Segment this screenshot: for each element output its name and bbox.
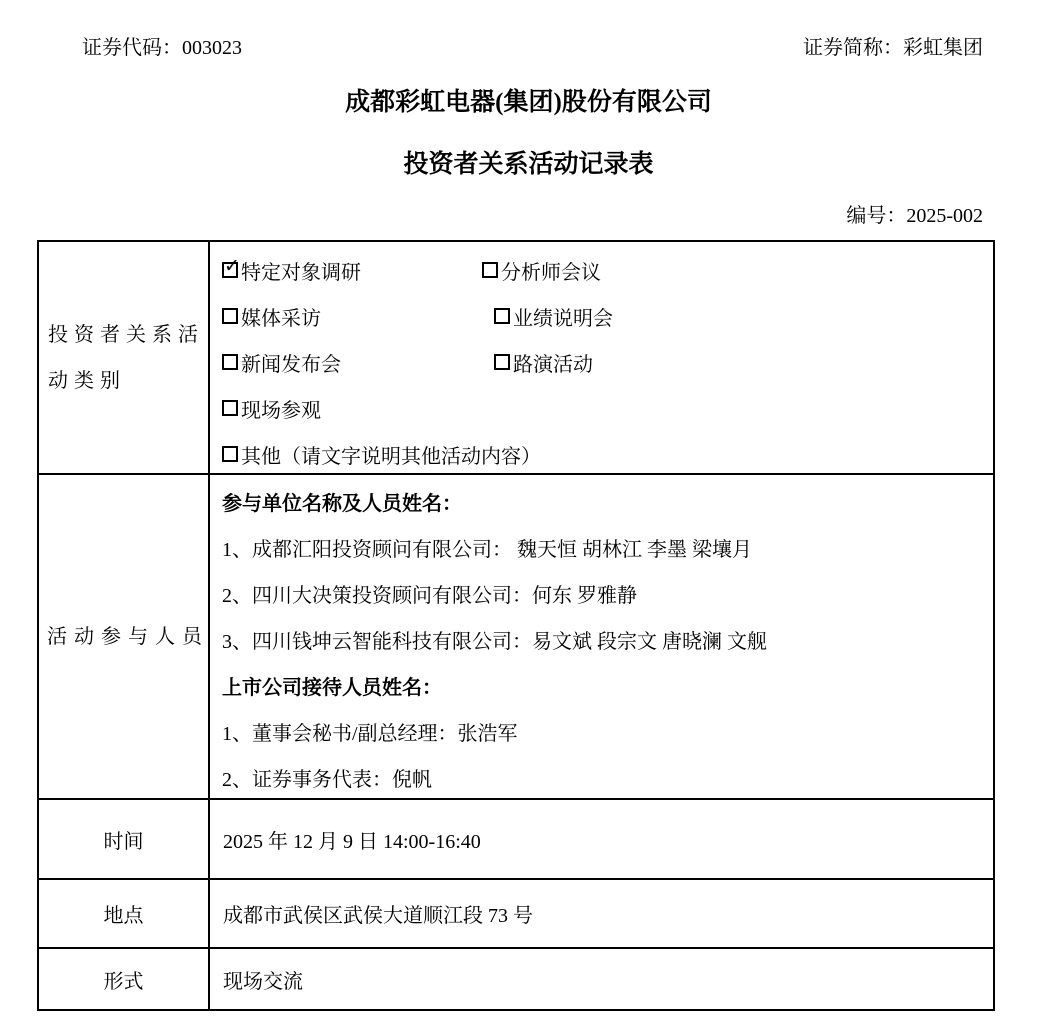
checkbox-unchecked-icon[interactable]	[482, 262, 498, 278]
time-label: 时间	[104, 825, 144, 854]
category-label-line2: 动类别	[39, 358, 208, 404]
checkbox-unchecked-icon[interactable]	[494, 308, 510, 324]
participants-label: 活动参与人员	[39, 622, 208, 652]
checkbox-unchecked-icon[interactable]	[222, 354, 238, 370]
participants-content-cell: 参与单位名称及人员姓名： 1、成都汇阳投资顾问有限公司： 魏天恒 胡林江 李墨 …	[210, 475, 993, 798]
stock-code: 证券代码：003023	[82, 36, 242, 60]
checkbox-label: 路演活动	[513, 348, 593, 377]
document-number: 编号：2025-002	[0, 205, 983, 227]
category-label-line1: 投资者关系活	[39, 312, 208, 358]
option-press-conference[interactable]: 新闻发布会	[222, 348, 482, 377]
host-item: 1、董事会秘书/副总经理：张浩军	[210, 708, 993, 754]
visitors-heading: 参与单位名称及人员姓名：	[210, 478, 993, 524]
checkbox-checked-icon[interactable]: ✓	[222, 262, 238, 278]
checkbox-line: ✓ 特定对象调研 分析师会议	[210, 247, 993, 293]
format-label: 形式	[104, 965, 144, 994]
table-row-participants: 活动参与人员 参与单位名称及人员姓名： 1、成都汇阳投资顾问有限公司： 魏天恒 …	[39, 473, 993, 798]
checkbox-label: 现场参观	[241, 394, 321, 423]
checkbox-unchecked-icon[interactable]	[494, 354, 510, 370]
document-header: 证券代码：003023 证券简称：彩虹集团	[82, 0, 983, 60]
checkbox-line: 其他（请文字说明其他活动内容）	[210, 431, 993, 477]
visitor-item: 2、四川大决策投资顾问有限公司：何东 罗雅静	[210, 570, 993, 616]
format-value-cell: 现场交流	[210, 949, 993, 1009]
format-value: 现场交流	[223, 965, 303, 994]
location-label: 地点	[104, 899, 144, 928]
checkbox-label: 新闻发布会	[241, 348, 341, 377]
checkbox-label: 媒体采访	[241, 302, 321, 331]
option-special-object-research[interactable]: ✓ 特定对象调研	[222, 256, 482, 285]
location-label-cell: 地点	[39, 880, 210, 947]
location-value: 成都市武侯区武侯大道顺江段 73 号	[223, 899, 533, 928]
host-item: 2、证券事务代表：倪帆	[210, 754, 993, 800]
location-value-cell: 成都市武侯区武侯大道顺江段 73 号	[210, 880, 993, 947]
option-media-interview[interactable]: 媒体采访	[222, 302, 482, 331]
checkbox-label: 特定对象调研	[241, 256, 361, 285]
time-value: 2025 年 12 月 9 日 14:00-16:40	[223, 825, 481, 854]
checkbox-line: 现场参观	[210, 385, 993, 431]
participants-label-cell: 活动参与人员	[39, 475, 210, 798]
document-title: 投资者关系活动记录表	[0, 152, 1057, 178]
option-earnings-briefing[interactable]: 业绩说明会	[494, 302, 613, 331]
checkbox-label: 分析师会议	[501, 256, 601, 285]
table-row-location: 地点 成都市武侯区武侯大道顺江段 73 号	[39, 878, 993, 947]
format-label-cell: 形式	[39, 949, 210, 1009]
table-row-format: 形式 现场交流	[39, 947, 993, 1009]
checkbox-label: 业绩说明会	[513, 302, 613, 331]
record-table: 投资者关系活 动类别 ✓ 特定对象调研 分析师会议	[37, 240, 995, 1011]
table-row-category: 投资者关系活 动类别 ✓ 特定对象调研 分析师会议	[39, 242, 993, 473]
checkbox-unchecked-icon[interactable]	[222, 308, 238, 324]
checkbox-line: 新闻发布会 路演活动	[210, 339, 993, 385]
option-roadshow[interactable]: 路演活动	[494, 348, 593, 377]
category-label-cell: 投资者关系活 动类别	[39, 242, 210, 473]
time-label-cell: 时间	[39, 800, 210, 878]
stock-short-name: 证券简称：彩虹集团	[803, 36, 983, 60]
time-value-cell: 2025 年 12 月 9 日 14:00-16:40	[210, 800, 993, 878]
checkbox-label: 其他（请文字说明其他活动内容）	[241, 440, 541, 469]
table-row-time: 时间 2025 年 12 月 9 日 14:00-16:40	[39, 798, 993, 878]
document-page: 证券代码：003023 证券简称：彩虹集团 成都彩虹电器(集团)股份有限公司 投…	[0, 0, 1057, 1023]
visitor-item: 3、四川钱坤云智能科技有限公司：易文斌 段宗文 唐晓澜 文舰	[210, 616, 993, 662]
option-analyst-meeting[interactable]: 分析师会议	[482, 256, 601, 285]
category-options-cell: ✓ 特定对象调研 分析师会议 媒体采访 业绩说明会	[210, 242, 993, 473]
option-site-visit[interactable]: 现场参观	[222, 394, 482, 423]
checkbox-unchecked-icon[interactable]	[222, 400, 238, 416]
option-other[interactable]: 其他（请文字说明其他活动内容）	[222, 440, 541, 469]
checkmark-icon: ✓	[224, 257, 240, 276]
company-title: 成都彩虹电器(集团)股份有限公司	[0, 90, 1057, 116]
checkbox-line: 媒体采访 业绩说明会	[210, 293, 993, 339]
hosts-heading: 上市公司接待人员姓名：	[210, 662, 993, 708]
checkbox-unchecked-icon[interactable]	[222, 446, 238, 462]
visitor-item: 1、成都汇阳投资顾问有限公司： 魏天恒 胡林江 李墨 梁壤月	[210, 524, 993, 570]
